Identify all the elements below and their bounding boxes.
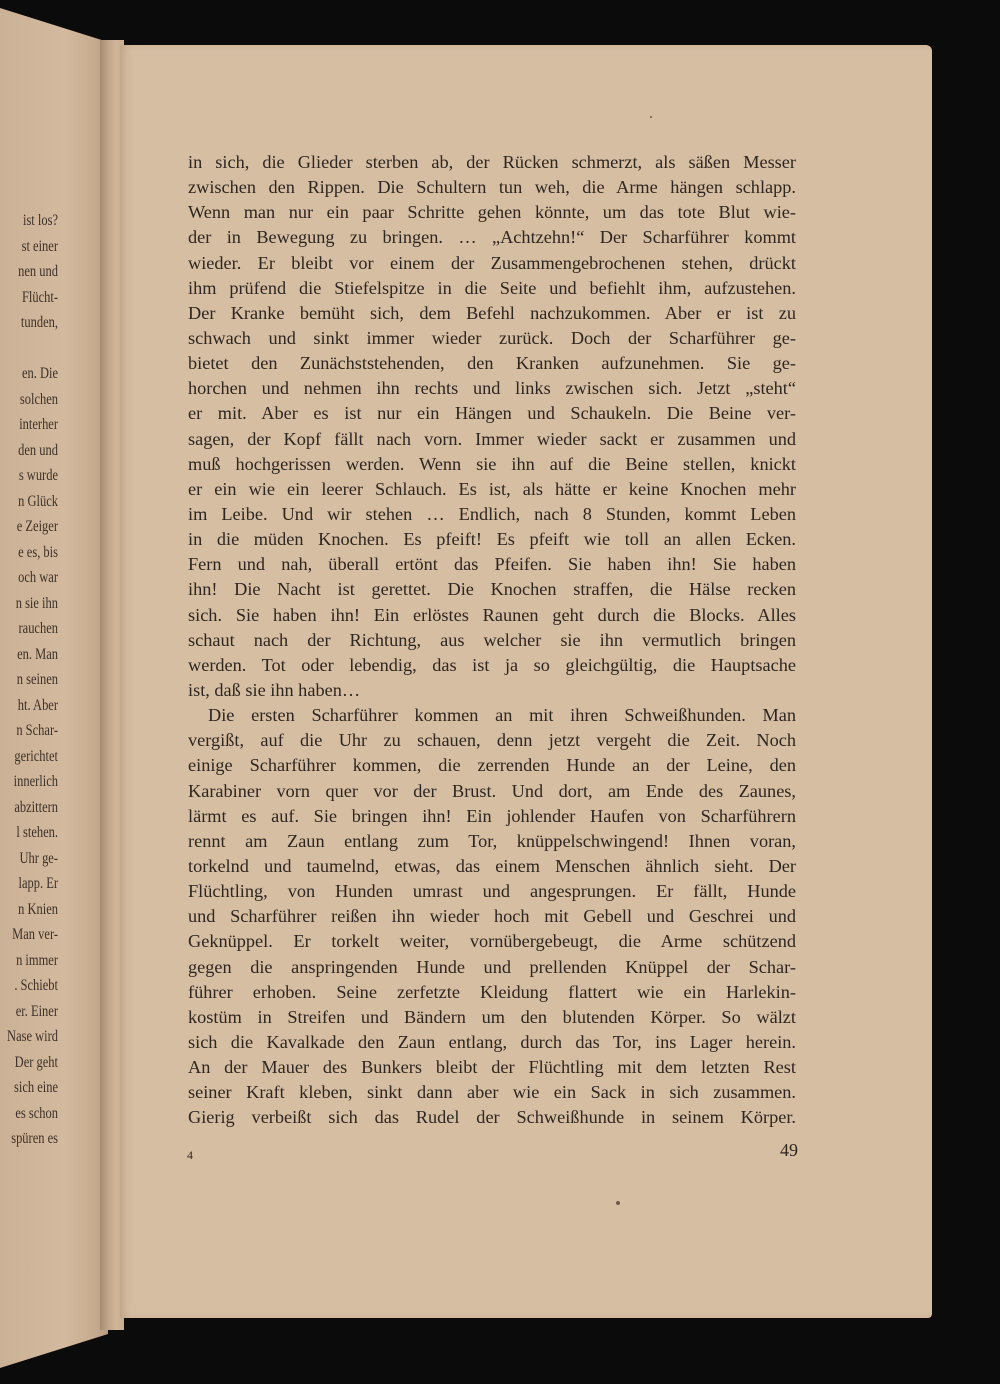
text-line: Fern und nah, überall ertönt das Pfeifen… bbox=[188, 552, 796, 577]
left-fragment: lapp. Er bbox=[0, 871, 58, 897]
left-fragment: . Schiebt bbox=[0, 973, 58, 999]
text-line: schaut nach der Richtung, aus welcher si… bbox=[188, 628, 796, 653]
text-line: Gierig verbeißt sich das Rudel der Schwe… bbox=[188, 1105, 796, 1130]
left-fragment: ht. Aber bbox=[0, 693, 58, 719]
body-text: in sich, die Glieder sterben ab, der Rüc… bbox=[188, 150, 796, 1130]
text-line: schwach und sinkt immer wieder zurück. D… bbox=[188, 326, 796, 351]
left-fragment: n Knien bbox=[0, 897, 58, 923]
left-fragment: abzittern bbox=[0, 795, 58, 821]
text-line: der in Bewegung zu bringen. … „Achtzehn!… bbox=[188, 225, 796, 250]
left-fragment: n sie ihn bbox=[0, 591, 58, 617]
left-fragment: Uhr ge- bbox=[0, 846, 58, 872]
text-line: sich die Kavalkade den Zaun entlang, dur… bbox=[188, 1030, 796, 1055]
text-line: lärmt es auf. Sie bringen ihn! Ein johle… bbox=[188, 804, 796, 829]
left-fragment bbox=[0, 336, 58, 362]
text-line: Die ersten Scharführer kommen an mit ihr… bbox=[188, 703, 796, 728]
left-fragment: spüren es bbox=[0, 1126, 58, 1152]
left-fragment: Der geht bbox=[0, 1050, 58, 1076]
text-line: gegen die anspringenden Hunde und prelle… bbox=[188, 955, 796, 980]
paper-speck bbox=[650, 116, 652, 118]
left-fragment: interher bbox=[0, 412, 58, 438]
text-line: Geknüppel. Er torkelt weiter, vornüberge… bbox=[188, 929, 796, 954]
text-line: zwischen den Rippen. Die Schultern tun w… bbox=[188, 175, 796, 200]
text-line: sich. Sie haben ihn! Ein erlöstes Raunen… bbox=[188, 603, 796, 628]
left-fragment: n Schar- bbox=[0, 718, 58, 744]
left-page-text-fragments: ist los? st einer nen und Flücht- tunden… bbox=[0, 208, 58, 1152]
left-fragment: Nase wird bbox=[0, 1024, 58, 1050]
text-line: Der Kranke bemüht sich, dem Befehl nachz… bbox=[188, 301, 796, 326]
left-fragment: n Glück bbox=[0, 489, 58, 515]
left-fragment: rauchen bbox=[0, 616, 58, 642]
left-fragment: ist los? bbox=[0, 208, 58, 234]
text-line: werden. Tot oder lebendig, das ist ja so… bbox=[188, 653, 796, 678]
left-fragment: l stehen. bbox=[0, 820, 58, 846]
text-line: ihm prüfend die Stiefelspitze in die Sei… bbox=[188, 276, 796, 301]
left-fragment: sich eine bbox=[0, 1075, 58, 1101]
left-fragment: innerlich bbox=[0, 769, 58, 795]
left-fragment: st einer bbox=[0, 234, 58, 260]
text-line: An der Mauer des Bunkers bleibt der Flüc… bbox=[188, 1055, 796, 1080]
text-line: Karabiner vorn quer vor der Brust. Und d… bbox=[188, 779, 796, 804]
text-line: in die müden Knochen. Es pfeift! Es pfei… bbox=[188, 527, 796, 552]
paper-speck bbox=[616, 1201, 620, 1205]
text-line: bietet den Zunächststehenden, den Kranke… bbox=[188, 351, 796, 376]
left-fragment: s wurde bbox=[0, 463, 58, 489]
left-fragment: e es, bis bbox=[0, 540, 58, 566]
text-line: rennt am Zaun entlang zum Tor, knüppelsc… bbox=[188, 829, 796, 854]
left-fragment: Flücht- bbox=[0, 285, 58, 311]
text-line: kostüm in Streifen und Bändern um den bl… bbox=[188, 1005, 796, 1030]
left-fragment: nen und bbox=[0, 259, 58, 285]
signature-mark: 4 bbox=[187, 1148, 193, 1163]
left-fragment: en. Die bbox=[0, 361, 58, 387]
left-fragment: gerichtet bbox=[0, 744, 58, 770]
left-fragment: solchen bbox=[0, 387, 58, 413]
left-fragment: och war bbox=[0, 565, 58, 591]
text-line: einige Scharführer kommen, die zerrenden… bbox=[188, 753, 796, 778]
text-line: muß hochgerissen werden. Wenn sie ihn au… bbox=[188, 452, 796, 477]
left-fragment: er. Einer bbox=[0, 999, 58, 1025]
text-line: sagen, der Kopf fällt nach vorn. Immer w… bbox=[188, 427, 796, 452]
text-line: er ein wie ein leerer Schlauch. Es ist, … bbox=[188, 477, 796, 502]
text-line: ihn! Die Nacht ist gerettet. Die Knochen… bbox=[188, 577, 796, 602]
text-line: in sich, die Glieder sterben ab, der Rüc… bbox=[188, 150, 796, 175]
text-line: vergißt, auf die Uhr zu schauen, denn je… bbox=[188, 728, 796, 753]
text-line: er mit. Aber es ist nur ein Hängen und S… bbox=[188, 401, 796, 426]
left-page-edge: ist los? st einer nen und Flücht- tunden… bbox=[0, 8, 108, 1368]
page-number: 49 bbox=[760, 1140, 798, 1161]
left-fragment: den und bbox=[0, 438, 58, 464]
text-line: ist, daß sie ihn haben… bbox=[188, 678, 796, 703]
text-line: Wenn man nur ein paar Schritte gehen kön… bbox=[188, 200, 796, 225]
left-fragment: n immer bbox=[0, 948, 58, 974]
left-fragment: n seinen bbox=[0, 667, 58, 693]
text-line: seiner Kraft kleben, sinkt dann aber wie… bbox=[188, 1080, 796, 1105]
left-fragment: tunden, bbox=[0, 310, 58, 336]
text-line: im Leibe. Und wir stehen … Endlich, nach… bbox=[188, 502, 796, 527]
text-line: wieder. Er bleibt vor einem der Zusammen… bbox=[188, 251, 796, 276]
left-fragment: e Zeiger bbox=[0, 514, 58, 540]
left-fragment: es schon bbox=[0, 1101, 58, 1127]
text-line: Flüchtling, von Hunden umrast und angesp… bbox=[188, 879, 796, 904]
text-line: torkelnd und taumelnd, etwas, das einem … bbox=[188, 854, 796, 879]
text-line: und Scharführer reißen ihn wieder hoch m… bbox=[188, 904, 796, 929]
left-fragment: en. Man bbox=[0, 642, 58, 668]
left-fragment: Man ver- bbox=[0, 922, 58, 948]
text-line: horchen und nehmen ihn rechts und links … bbox=[188, 376, 796, 401]
text-line: führer erhoben. Seine zerfetzte Kleidung… bbox=[188, 980, 796, 1005]
